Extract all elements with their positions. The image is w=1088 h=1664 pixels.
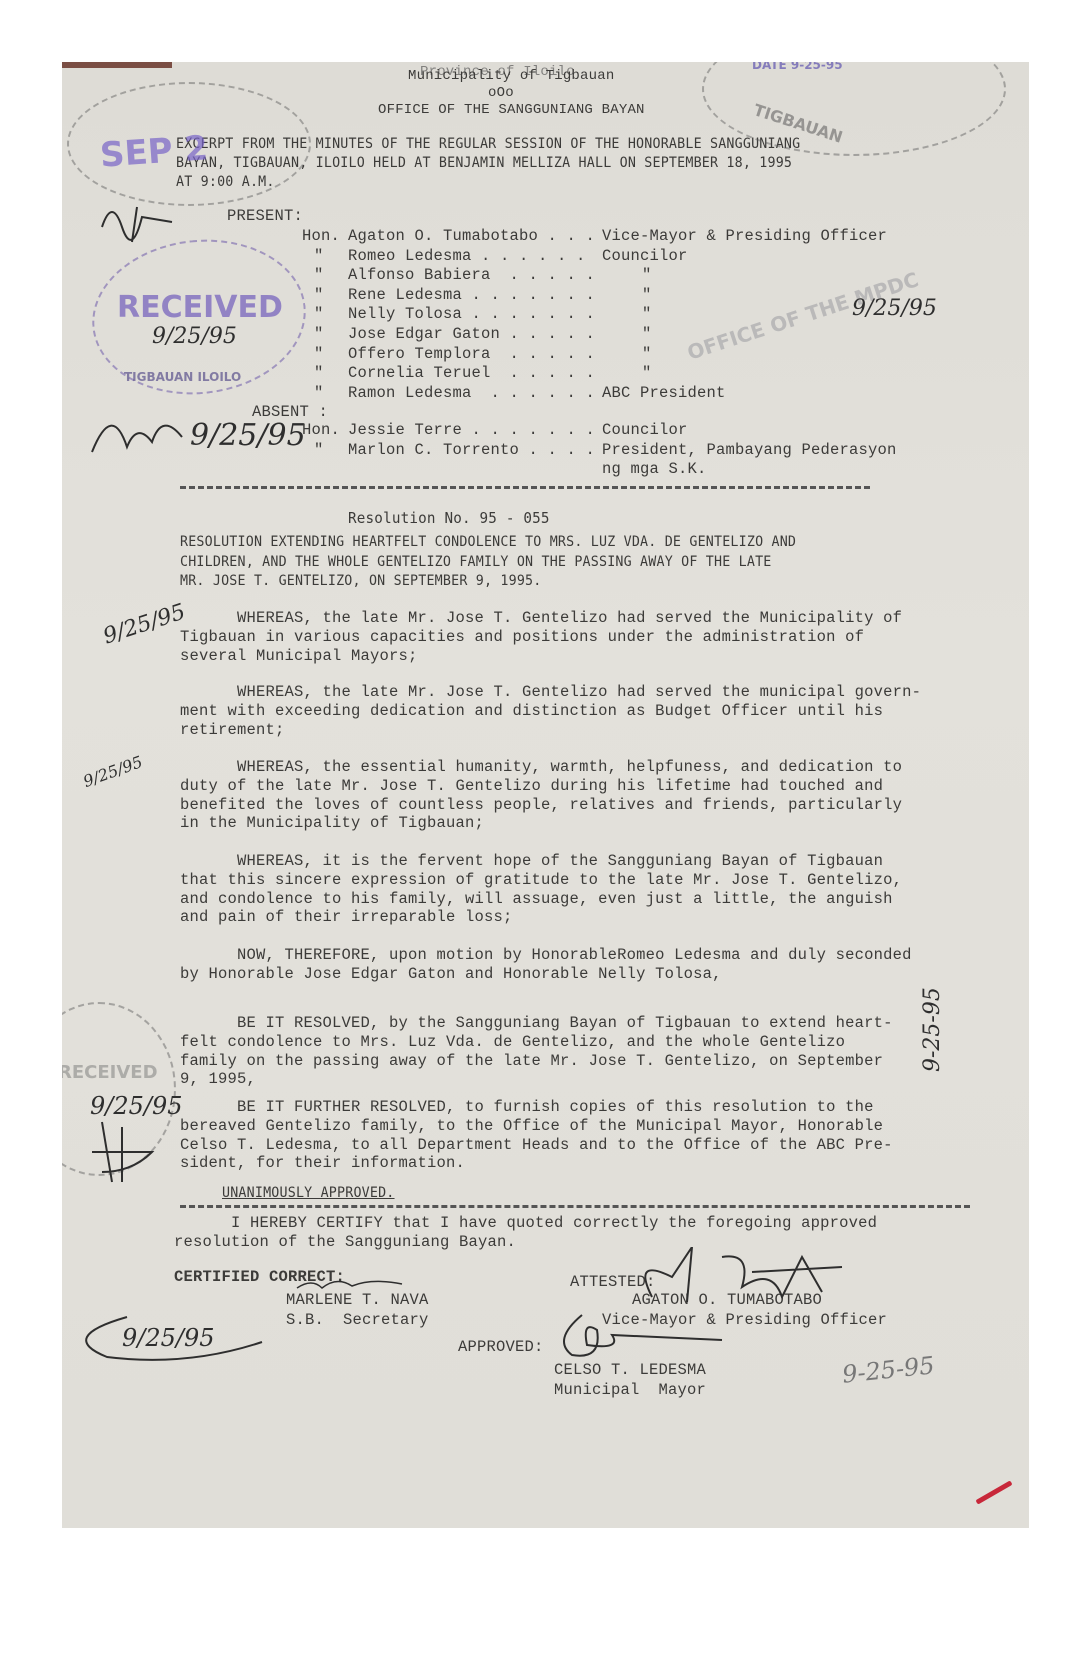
- resolution-title-line: RESOLUTION EXTENDING HEARTFELT CONDOLENC…: [180, 532, 796, 552]
- attendee-prefix: ": [314, 383, 324, 403]
- resolution-paragraph-line: Celso T. Ledesma, to all Department Head…: [180, 1135, 893, 1155]
- vice-mayor-signature: [632, 1247, 852, 1307]
- attendee-position: ": [642, 265, 652, 285]
- separator-line: [180, 486, 870, 489]
- attendee-position: ": [642, 324, 652, 344]
- document-page: Province of Iloilo Municipality of Tigba…: [62, 62, 1029, 1528]
- resolution-paragraph-line: WHEREAS, the late Mr. Jose T. Gentelizo …: [180, 682, 921, 702]
- bottom-right-handwritten-date: 9-25-95: [841, 1351, 936, 1389]
- resolution-paragraph-line: family on the passing away of the late M…: [180, 1051, 883, 1071]
- resolution-paragraph-line: benefited the loves of countless people,…: [180, 795, 902, 815]
- mayor-name: CELSO T. LEDESMA: [554, 1360, 706, 1380]
- attendee-name: Ramon Ledesma . . . . . .: [348, 383, 595, 403]
- attendee-prefix: ": [314, 285, 324, 305]
- attendee-prefix: Hon.: [302, 420, 340, 440]
- initials-signature-top: [82, 187, 202, 247]
- attendee-prefix: ": [314, 440, 324, 460]
- mayor-signature: [552, 1310, 732, 1360]
- resolution-paragraph-line: ment with exceeding dedication and disti…: [180, 701, 883, 721]
- resolution-paragraph-line: WHEREAS, the late Mr. Jose T. Gentelizo …: [180, 608, 902, 628]
- attendee-position: ": [642, 285, 652, 305]
- treasurer-stamp-date: 9/25/95: [152, 324, 237, 349]
- mpdc-stamp-date: 9/25/95: [852, 296, 937, 321]
- right-margin-handwritten-date: 9-25-95: [920, 987, 945, 1072]
- attendee-position: Councilor: [602, 246, 688, 266]
- resolution-paragraph-line: several Municipal Mayors;: [180, 646, 418, 666]
- resolution-number: Resolution No. 95 - 055: [348, 508, 550, 528]
- resolution-paragraph-line: NOW, THEREFORE, upon motion by Honorable…: [180, 945, 912, 965]
- attendee-position: ABC President: [602, 383, 726, 403]
- resolution-paragraph-line: and pain of their irreparable loss;: [180, 907, 513, 927]
- resolution-paragraph-line: retirement;: [180, 720, 285, 740]
- attendee-name: Alfonso Babiera . . . . .: [348, 265, 595, 285]
- initials-signature-bottom-left: [82, 1112, 172, 1192]
- resolution-paragraph-line: in the Municipality of Tigbauan;: [180, 813, 484, 833]
- top-right-stamp-date: DATE 9-25-95: [752, 62, 843, 72]
- margin-handwritten-date-1: 9/25/95: [100, 600, 188, 650]
- treasurer-stamp-place: TIGBAUAN ILOILO: [124, 370, 241, 384]
- certify-line-1: I HEREBY CERTIFY that I have quoted corr…: [174, 1213, 877, 1233]
- red-mark: [975, 1480, 1012, 1504]
- resolution-paragraph-line: 9, 1995,: [180, 1069, 256, 1089]
- bottom-left-stamp-text: RECEIVED: [62, 1062, 158, 1083]
- absent-handwritten-date: 9/25/95: [190, 418, 306, 453]
- attendee-name: Offero Templora . . . . .: [348, 344, 595, 364]
- attendee-prefix: ": [314, 324, 324, 344]
- resolution-title-line: MR. JOSE T. GENTELIZO, ON SEPTEMBER 9, 1…: [180, 571, 541, 591]
- resolution-paragraph-line: WHEREAS, the essential humanity, warmth,…: [180, 757, 902, 777]
- attendee-name: Marlon C. Torrento . . . .: [348, 440, 595, 460]
- attendee-name: Cornelia Teruel . . . . .: [348, 363, 595, 383]
- resolution-paragraph-line: bereaved Gentelizo family, to the Office…: [180, 1116, 883, 1136]
- attendee-prefix: ": [314, 304, 324, 324]
- margin-handwritten-date-2: 9/25/95: [81, 752, 145, 791]
- attendee-name: Jessie Terre . . . . . . .: [348, 420, 595, 440]
- resolution-title-line: CHILDREN, AND THE WHOLE GENTELIZO FAMILY…: [180, 552, 772, 572]
- resolution-paragraph-line: BE IT RESOLVED, by the Sangguniang Bayan…: [180, 1013, 893, 1033]
- mayor-title: Municipal Mayor: [554, 1380, 706, 1400]
- resolution-paragraph-line: WHEREAS, it is the fervent hope of the S…: [180, 851, 883, 871]
- attendee-name: Jose Edgar Gaton . . . . .: [348, 324, 595, 344]
- attendee-position: Vice-Mayor & Presiding Officer: [602, 226, 887, 246]
- present-label: PRESENT:: [227, 206, 303, 226]
- secretary-date-loop: [67, 1312, 267, 1372]
- secretary-signature: [292, 1274, 412, 1296]
- approval-status: UNANIMOUSLY APPROVED.: [222, 1183, 395, 1203]
- attendee-prefix: ": [314, 344, 324, 364]
- attendee-name: Rene Ledesma . . . . . . .: [348, 285, 595, 305]
- resolution-paragraph-line: felt condolence to Mrs. Luz Vda. de Gent…: [180, 1032, 845, 1052]
- attendee-name: Nelly Tolosa . . . . . . .: [348, 304, 595, 324]
- approved-label: APPROVED:: [458, 1337, 544, 1357]
- attendee-prefix: ": [314, 265, 324, 285]
- resolution-paragraph-line: BE IT FURTHER RESOLVED, to furnish copie…: [180, 1097, 874, 1117]
- resolution-paragraph-line: sident, for their information.: [180, 1153, 465, 1173]
- attendee-prefix: ": [314, 363, 324, 383]
- resolution-paragraph-line: Tigbauan in various capacities and posit…: [180, 627, 864, 647]
- attendee-position: ": [642, 344, 652, 364]
- resolution-paragraph-line: duty of the late Mr. Jose T. Gentelizo d…: [180, 776, 883, 796]
- office-line: OFFICE OF THE SANGGUNIANG BAYAN: [378, 100, 645, 120]
- attendee-prefix: Hon.: [302, 226, 340, 246]
- attendee-position: Councilor: [602, 420, 688, 440]
- attendee-name: Agaton O. Tumabotabo . . .: [348, 226, 595, 246]
- absent-position-continued: ng mga S.K.: [602, 459, 707, 479]
- attendee-name: Romeo Ledesma . . . . . .: [348, 246, 586, 266]
- separator-line-2: [180, 1205, 970, 1208]
- certify-line-2: resolution of the Sangguniang Bayan.: [174, 1232, 516, 1252]
- attendee-position: ": [642, 304, 652, 324]
- absent-signature: [82, 402, 202, 462]
- resolution-paragraph-line: and condolence to his family, will assua…: [180, 889, 893, 909]
- treasurer-stamp-text: RECEIVED: [117, 290, 283, 325]
- resolution-paragraph-line: that this sincere expression of gratitud…: [180, 870, 902, 890]
- attendee-position: President, Pambayang Pederasyon: [602, 440, 897, 460]
- attendee-prefix: ": [314, 246, 324, 266]
- resolution-paragraph-line: by Honorable Jose Edgar Gaton and Honora…: [180, 964, 722, 984]
- secretary-title: S.B. Secretary: [286, 1310, 429, 1330]
- page-edge: [62, 62, 172, 68]
- stamp-date-left: SEP 2: [99, 128, 210, 175]
- attendee-position: ": [642, 363, 652, 383]
